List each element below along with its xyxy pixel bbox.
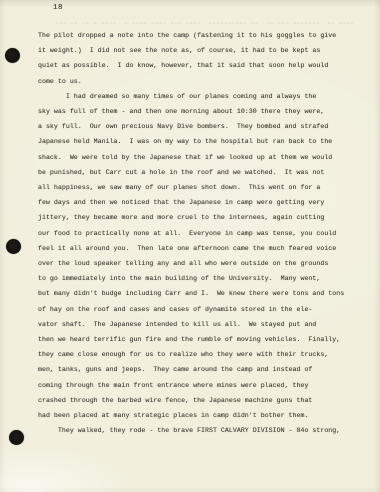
typewritten-text-body: The pilot dropped a note into the camp (… [38, 28, 358, 438]
text-line: They walked, they rode - the brave FIRST… [38, 423, 358, 438]
text-line: then we heard terrific gun fire and the … [38, 332, 358, 347]
text-line: coming through the main front entrance w… [38, 378, 358, 393]
text-line: The pilot dropped a note into the camp (… [38, 28, 358, 43]
text-line: shack. We were told by the Japanese that… [38, 150, 358, 165]
hole-punch-mark [9, 430, 24, 445]
text-line: all happiness, we saw many of our planes… [38, 180, 358, 195]
text-line: to go immediately into the main building… [38, 271, 358, 286]
text-line: feel it all around you. Then late one af… [38, 241, 358, 256]
text-line: be punished, but Carr cut a hole in the … [38, 165, 358, 180]
hole-punch-mark [6, 239, 21, 254]
text-line: quiet as possible. I do know, however, t… [38, 58, 358, 73]
text-line: men, tanks, guns and jeeps. They came ar… [38, 362, 358, 377]
text-line: our food to practically none at all. Eve… [38, 226, 358, 241]
text-line: vator shaft. The Japanese intended to ki… [38, 317, 358, 332]
page-number: 18 [53, 4, 63, 12]
text-line: they came close enough for us to realize… [38, 347, 358, 362]
text-line: of hay on the roof and cases and cases o… [38, 302, 358, 317]
text-line: jittery, they became more and more cruel… [38, 210, 358, 225]
text-line: few days and then we noticed that the Ja… [38, 195, 358, 210]
document-page: 18 --- -- -- - ---- - ---- ---- --- ----… [0, 0, 380, 492]
text-line: come to us. [38, 74, 358, 89]
text-line: had been placed at many strategic places… [38, 408, 358, 423]
text-line: I had dreamed so many times of our plane… [38, 89, 358, 104]
text-line: a sky full. Our own precious Navy Dive b… [38, 119, 358, 134]
text-line: Japanese held Manila. I was on my way to… [38, 134, 358, 149]
text-line: crashed through the barbed wire fence, t… [38, 393, 358, 408]
text-line: sky was full of them - and then one morn… [38, 104, 358, 119]
text-line: it weight.) I did not see the note as, o… [38, 43, 358, 58]
text-line: over the loud speaker telling any and al… [38, 256, 358, 271]
faded-strikeout-line: --- -- -- - ---- - ---- ---- --- ---- --… [55, 19, 355, 28]
text-line: but many didn't budge including Carr and… [38, 286, 358, 301]
hole-punch-mark [5, 48, 20, 63]
